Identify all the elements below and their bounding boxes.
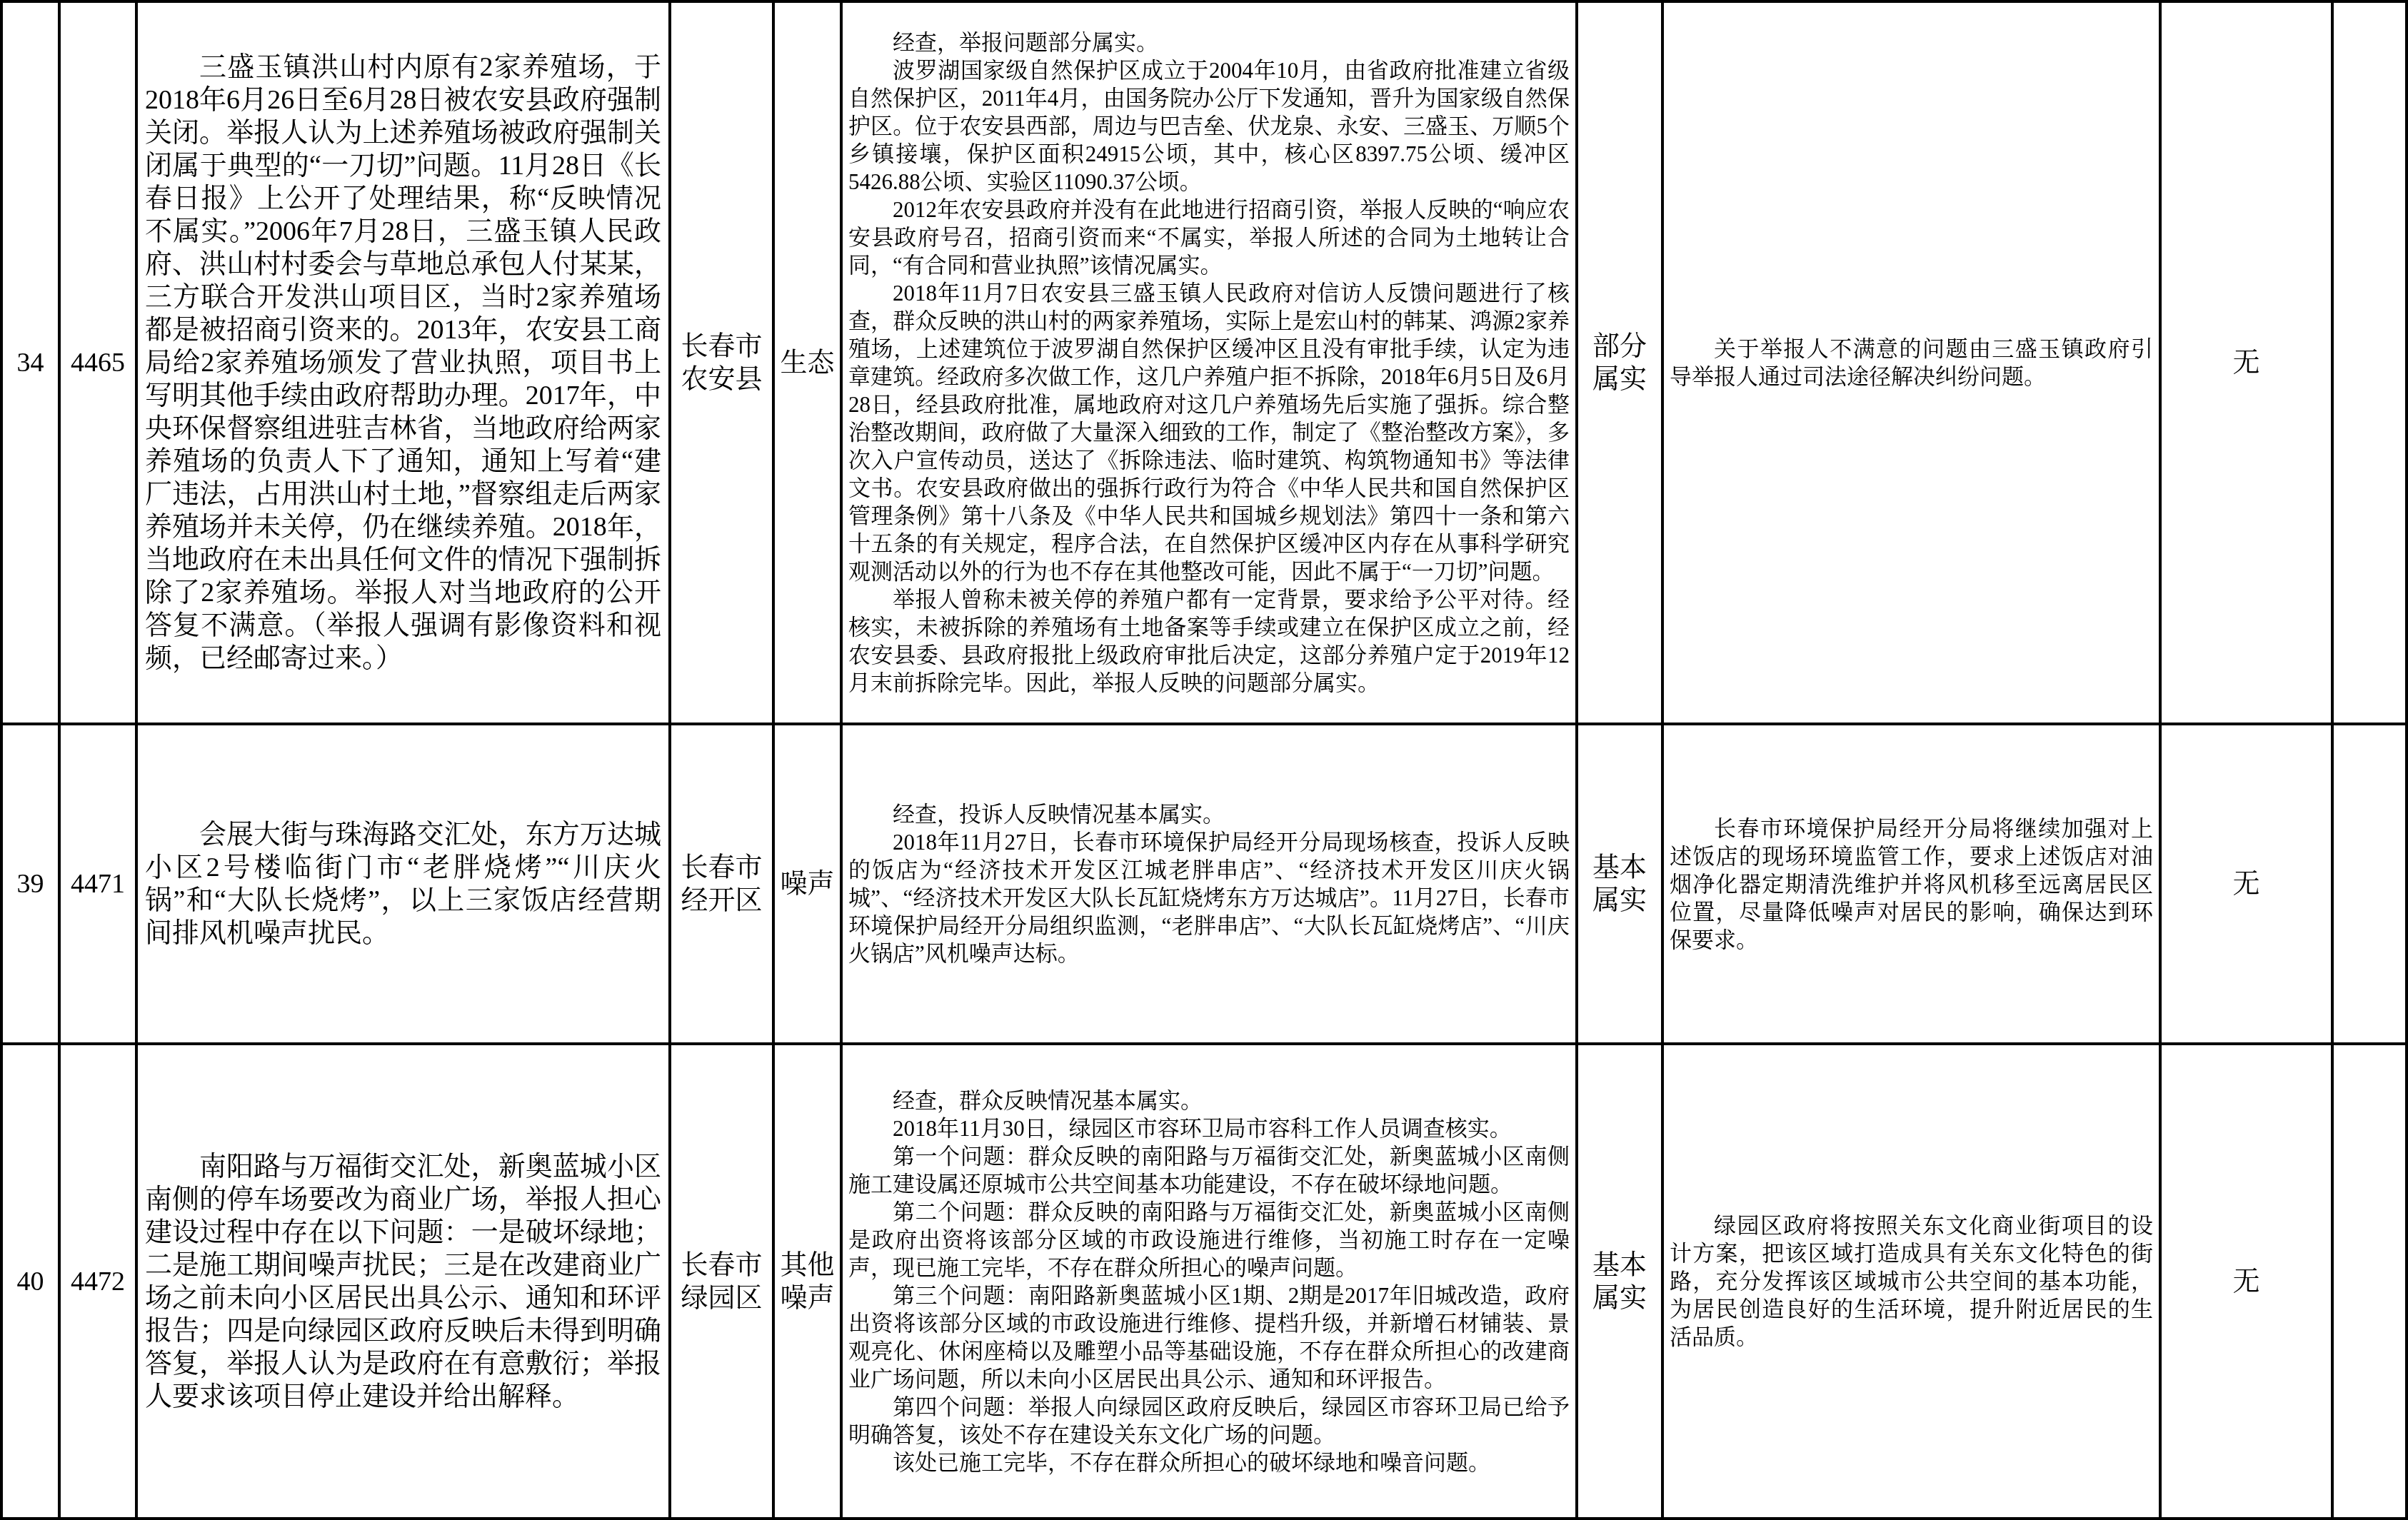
case-id-cell: 4465: [59, 1, 136, 724]
case-id-cell: 4471: [59, 724, 136, 1044]
city-district-cell: 长春市绿园区: [670, 1044, 773, 1519]
handling-measures-cell: 长春市环境保护局经开分局将继续加强对上述饭店的现场环境监管工作，要求上述饭店对油…: [1662, 724, 2160, 1044]
accountability-cell: 无: [2160, 1, 2332, 724]
table-body: 34 4465 三盛玉镇洪山村内原有2家养殖场，于2018年6月26日至6月28…: [1, 1, 2407, 1519]
category-cell: 生态: [773, 1, 841, 724]
city-district-cell: 长春市经开区: [670, 724, 773, 1044]
complaint-cell: 会展大街与珠海路交汇处，东方万达城小区2号楼临街门市“老胖烧烤”“川庆火锅”和“…: [136, 724, 670, 1044]
category-cell: 噪声: [773, 724, 841, 1044]
spacer-cell: [2332, 1, 2407, 724]
row-number-cell: 39: [1, 724, 59, 1044]
complaint-cell: 南阳路与万福街交汇处，新奥蓝城小区南侧的停车场要改为商业广场，举报人担心建设过程…: [136, 1044, 670, 1519]
complaint-cell: 三盛玉镇洪山村内原有2家养殖场，于2018年6月26日至6月28日被农安县政府强…: [136, 1, 670, 724]
row-number-cell: 34: [1, 1, 59, 724]
accountability-cell: 无: [2160, 724, 2332, 1044]
investigation-cell: 经查，举报问题部分属实。波罗湖国家级自然保护区成立于2004年10月，由省政府批…: [841, 1, 1577, 724]
category-cell: 其他噪声: [773, 1044, 841, 1519]
complaint-handling-table: 34 4465 三盛玉镇洪山村内原有2家养殖场，于2018年6月26日至6月28…: [0, 0, 2408, 1520]
case-id-cell: 4472: [59, 1044, 136, 1519]
handling-measures-cell: 绿园区政府将按照关东文化商业街项目的设计方案，把该区域打造成具有关东文化特色的街…: [1662, 1044, 2160, 1519]
city-district-cell: 长春市农安县: [670, 1, 773, 724]
row-number-cell: 40: [1, 1044, 59, 1519]
spacer-cell: [2332, 724, 2407, 1044]
verification-result-cell: 部分属实: [1577, 1, 1662, 724]
verification-result-cell: 基本属实: [1577, 724, 1662, 1044]
investigation-cell: 经查，投诉人反映情况基本属实。2018年11月27日，长春市环境保护局经开分局现…: [841, 724, 1577, 1044]
handling-measures-cell: 关于举报人不满意的问题由三盛玉镇政府引导举报人通过司法途径解决纠纷问题。: [1662, 1, 2160, 724]
table-row: 34 4465 三盛玉镇洪山村内原有2家养殖场，于2018年6月26日至6月28…: [1, 1, 2407, 724]
table-row: 39 4471 会展大街与珠海路交汇处，东方万达城小区2号楼临街门市“老胖烧烤”…: [1, 724, 2407, 1044]
verification-result-cell: 基本属实: [1577, 1044, 1662, 1519]
table-row: 40 4472 南阳路与万福街交汇处，新奥蓝城小区南侧的停车场要改为商业广场，举…: [1, 1044, 2407, 1519]
accountability-cell: 无: [2160, 1044, 2332, 1519]
spacer-cell: [2332, 1044, 2407, 1519]
investigation-cell: 经查，群众反映情况基本属实。2018年11月30日，绿园区市容环卫局市容科工作人…: [841, 1044, 1577, 1519]
